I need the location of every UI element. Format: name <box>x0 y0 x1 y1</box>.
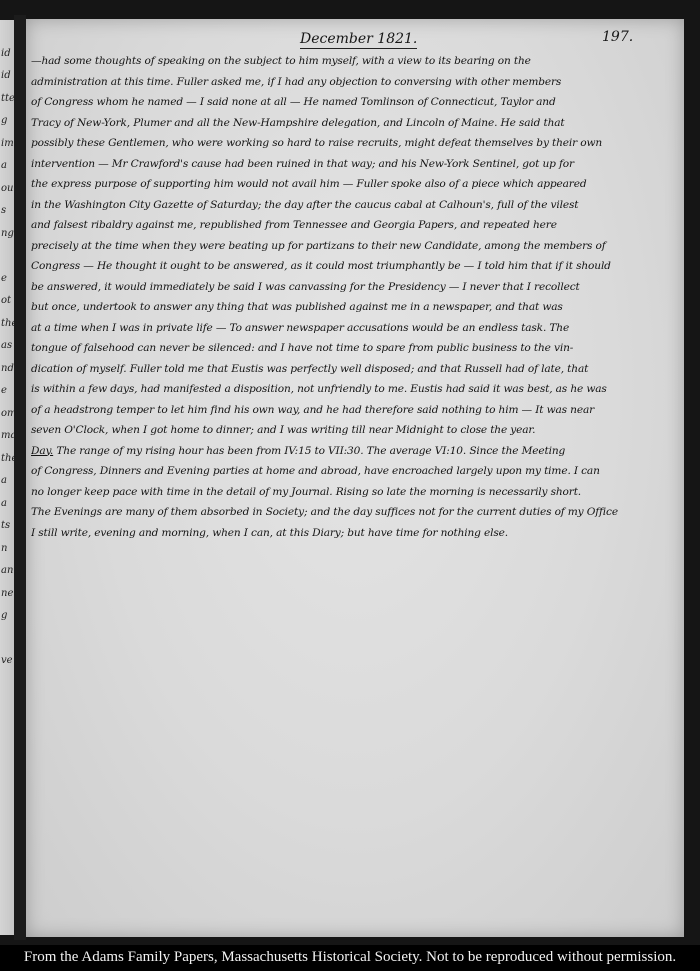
text-line: I still write, evening and morning, when… <box>31 523 679 544</box>
text-line: but once, undertook to answer any thing … <box>31 297 679 318</box>
text-line: the express purpose of supporting him wo… <box>31 174 679 195</box>
facing-page-fragment: the <box>1 313 14 336</box>
text-fragment: The range of my rising hour has been fro… <box>53 445 565 457</box>
facing-page-fragment: n <box>1 538 14 561</box>
facing-page-fragment: g <box>1 110 14 133</box>
facing-page-fragment: s <box>1 200 14 223</box>
facing-page-fragment: imi <box>1 133 14 156</box>
page-number: 197. <box>602 29 633 45</box>
text-line: The Evenings are many of them absorbed i… <box>31 502 679 523</box>
facing-page-edge: ididttergimiaousng, eottheasnd,eommathea… <box>0 20 14 935</box>
facing-page-fragment: ve <box>1 650 14 673</box>
facing-page-fragment: as <box>1 335 14 358</box>
text-line: in the Washington City Gazette of Saturd… <box>31 195 679 216</box>
facing-page-fragment: e <box>1 268 14 291</box>
facing-page-fragment: om <box>1 403 14 426</box>
page-header: December 1821. 197. <box>26 31 684 51</box>
facing-page-fragment: ma <box>1 425 14 448</box>
day-label: Day. <box>31 445 53 457</box>
copyright-footer: From the Adams Family Papers, Massachuse… <box>0 945 700 971</box>
text-line: of Congress whom he named — I said none … <box>31 92 679 113</box>
text-line: possibly these Gentlemen, who were worki… <box>31 133 679 154</box>
binding-gutter <box>14 15 26 940</box>
day-paragraph-first-line: Day. The range of my rising hour has bee… <box>31 441 679 462</box>
facing-page-fragment: a <box>1 155 14 178</box>
text-line: —had some thoughts of speaking on the su… <box>31 51 679 72</box>
facing-page-fragment: g <box>1 605 14 628</box>
facing-page-fragment: id <box>1 65 14 88</box>
manuscript-page: December 1821. 197. —had some thoughts o… <box>26 19 684 937</box>
facing-page-fragment: ng, <box>1 223 14 246</box>
text-line: dication of myself. Fuller told me that … <box>31 359 679 380</box>
facing-page-fragment <box>1 628 14 651</box>
facing-page-fragment: ts <box>1 515 14 538</box>
text-line: administration at this time. Fuller aske… <box>31 72 679 93</box>
text-line: at a time when I was in private life — T… <box>31 318 679 339</box>
text-line: no longer keep pace with time in the det… <box>31 482 679 503</box>
text-line: of Congress, Dinners and Evening parties… <box>31 461 679 482</box>
facing-page-fragment <box>1 245 14 268</box>
text-line: tongue of falsehood can never be silence… <box>31 338 679 359</box>
facing-page-fragment: a <box>1 493 14 516</box>
text-line: Tracy of New-York, Plumer and all the Ne… <box>31 113 679 134</box>
facing-page-fragment: ne <box>1 583 14 606</box>
diary-entry-text: —had some thoughts of speaking on the su… <box>31 51 679 543</box>
text-line: seven O'Clock, when I got home to dinner… <box>31 420 679 441</box>
text-line: and falsest ribaldry against me, republi… <box>31 215 679 236</box>
facing-page-fragment: an <box>1 560 14 583</box>
facing-page-fragment: e <box>1 380 14 403</box>
date-heading: December 1821. <box>300 31 417 49</box>
facing-page-fragment <box>1 20 14 43</box>
facing-page-fragment: ou <box>1 178 14 201</box>
manuscript-scan: ididttergimiaousng, eottheasnd,eommathea… <box>0 0 700 945</box>
facing-page-fragment: a <box>1 470 14 493</box>
text-line: be answered, it would immediately be sai… <box>31 277 679 298</box>
facing-page-fragment: nd, <box>1 358 14 381</box>
facing-page-fragment: tter <box>1 88 14 111</box>
text-line: Congress — He thought it ought to be ans… <box>31 256 679 277</box>
text-line: is within a few days, had manifested a d… <box>31 379 679 400</box>
facing-page-fragment: the <box>1 448 14 471</box>
text-line: precisely at the time when they were bea… <box>31 236 679 257</box>
text-line: of a headstrong temper to let him find h… <box>31 400 679 421</box>
text-line: intervention — Mr Crawford's cause had b… <box>31 154 679 175</box>
facing-page-fragment: ot <box>1 290 14 313</box>
facing-page-fragment: id <box>1 43 14 66</box>
